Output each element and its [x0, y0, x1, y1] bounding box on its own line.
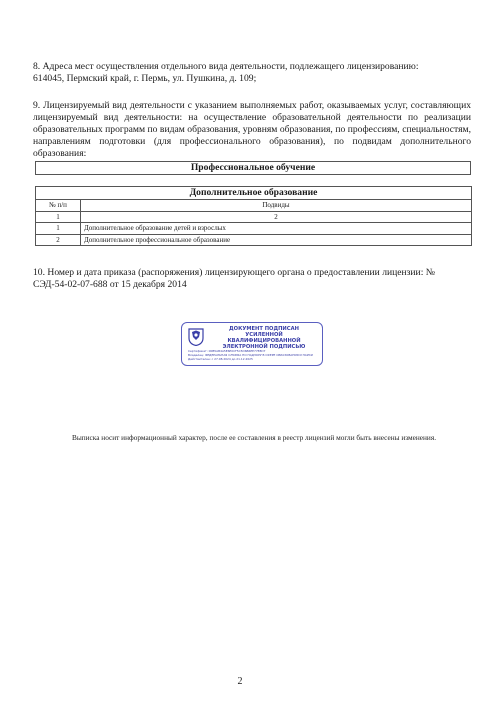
coat-of-arms-icon	[188, 327, 204, 346]
page-number: 2	[0, 676, 480, 687]
disclaimer-note: Выписка носит информационный характер, п…	[30, 433, 478, 442]
section-8-text: 8. Адреса мест осуществления отдельного …	[33, 61, 471, 73]
table-index-row: 1 2	[36, 211, 472, 223]
header-subtypes: Подвиды	[81, 200, 472, 212]
stamp-title-line-2: УСИЛЕННОЙ КВАЛИФИЦИРОВАННОЙ	[208, 332, 320, 344]
stamp-title: ДОКУМЕНТ ПОДПИСАН УСИЛЕННОЙ КВАЛИФИЦИРОВ…	[208, 326, 320, 350]
stamp-details: Сертификат: 00B5AB4A5E6E0CF5C5D6B6EE77E8…	[188, 349, 320, 362]
table-row: 2 Дополнительное профессиональное образо…	[36, 234, 472, 246]
row-subtype: Дополнительное образование детей и взрос…	[81, 223, 472, 235]
section-9-text: 9. Лицензируемый вид деятельности с указ…	[33, 100, 471, 160]
electronic-signature-stamp: ДОКУМЕНТ ПОДПИСАН УСИЛЕННОЙ КВАЛИФИЦИРОВ…	[181, 322, 323, 366]
stamp-validity: Действителен: с 27.08.2024 до 21.12.2025	[188, 357, 320, 361]
row-number: 1	[36, 223, 81, 235]
additional-education-table: Дополнительное образование № п/п Подвиды…	[35, 186, 472, 246]
professional-training-box: Профессиональное обучение	[35, 161, 471, 175]
row-subtype: Дополнительное профессиональное образова…	[81, 234, 472, 246]
section-8: 8. Адреса мест осуществления отдельного …	[33, 61, 471, 85]
header-number: № п/п	[36, 200, 81, 212]
index-col-2: 2	[81, 211, 472, 223]
row-number: 2	[36, 234, 81, 246]
section-8-address: 614045, Пермский край, г. Пермь, ул. Пуш…	[33, 73, 471, 85]
section-10-text: 10. Номер и дата приказа (распоряжения) …	[33, 267, 471, 291]
table-title: Дополнительное образование	[36, 187, 472, 200]
index-col-1: 1	[36, 211, 81, 223]
table-row: 1 Дополнительное образование детей и взр…	[36, 223, 472, 235]
table-header-row: № п/п Подвиды	[36, 200, 472, 212]
